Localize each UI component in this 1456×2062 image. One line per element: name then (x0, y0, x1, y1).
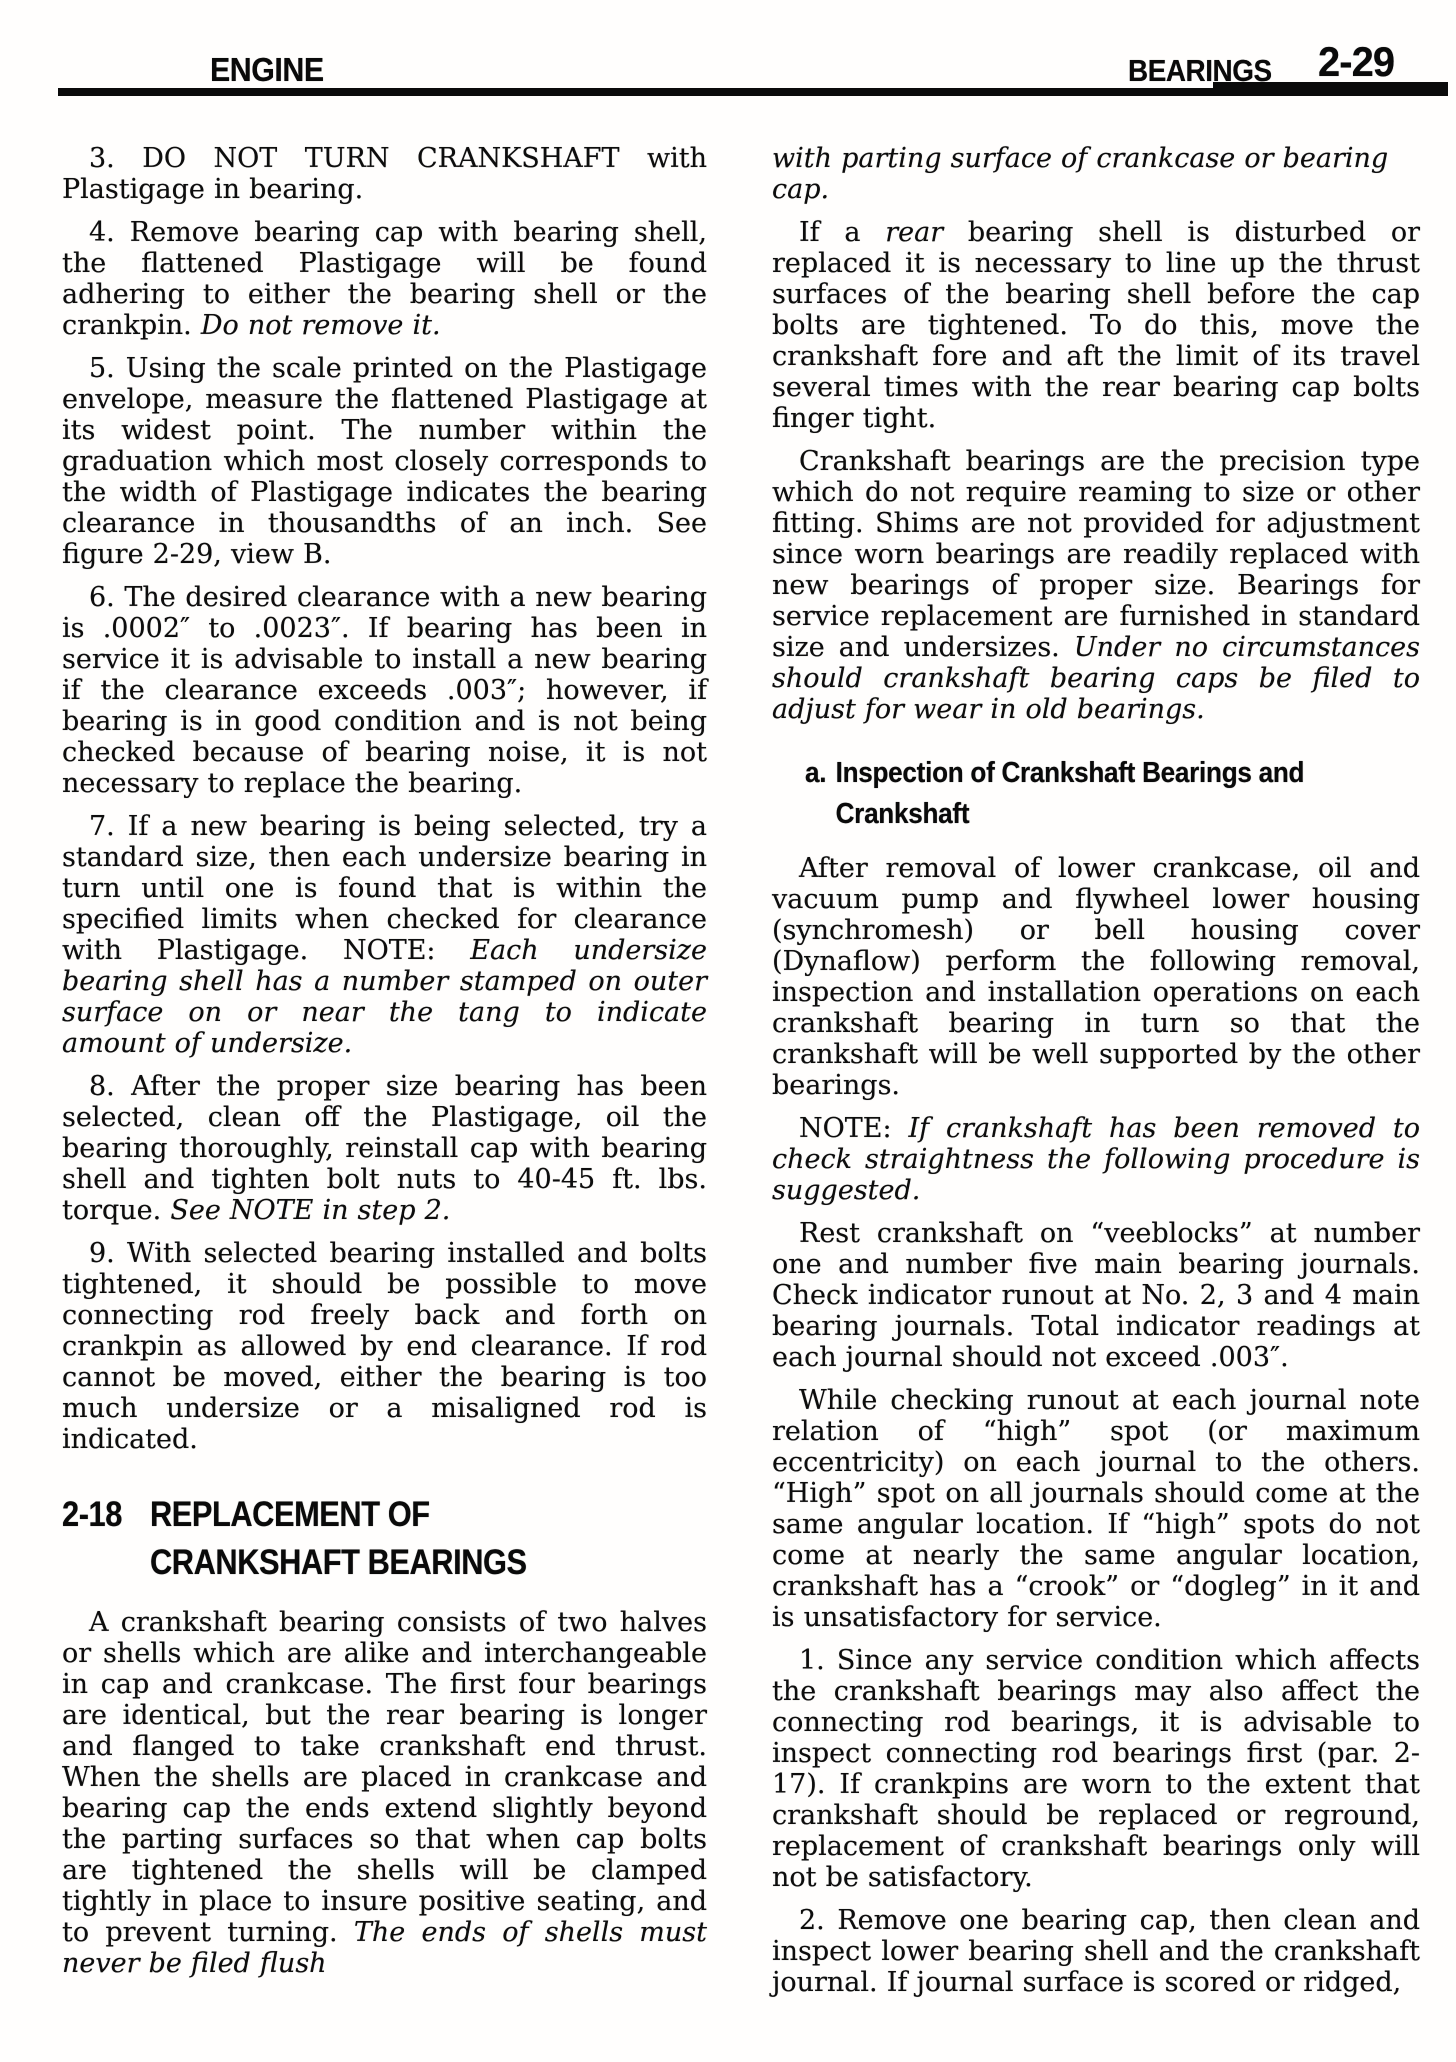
page-number: 2-29 (1318, 38, 1394, 86)
section-number: 2-18 (62, 1491, 150, 1539)
text-run: 9. With selected bearing installed and b… (62, 1238, 707, 1455)
step-9: 9. With selected bearing installed and b… (62, 1238, 707, 1455)
para-crankshaft-bearing-intro: A crankshaft bearing consists of two hal… (62, 1607, 707, 1979)
italic-text-run: with parting surface of crankcase or bea… (772, 143, 1388, 174)
text-run: 6. The desired clearance with a new bear… (62, 582, 707, 799)
italic-text-run: cap. (772, 174, 829, 205)
running-head-section: ENGINE (210, 51, 324, 89)
para-note-straightness: NOTE: If crankshaft has been removed to … (772, 1113, 1420, 1206)
header-rule (58, 88, 1448, 96)
text-run: 1. Since any service condition which aff… (772, 1645, 1420, 1893)
para-after-removal: After removal of lower crankcase, oil an… (772, 853, 1420, 1101)
text-run: 5. Using the scale printed on the Plasti… (62, 353, 707, 570)
right-column: with parting surface of crankcase or bea… (772, 143, 1420, 2010)
step-7: 7. If a new bearing is being selected, t… (62, 811, 707, 1059)
para-continuation-filed-flush: with parting surface of crankcase or bea… (772, 143, 1420, 205)
para-high-spot: While checking runout at each journal no… (772, 1385, 1420, 1633)
step-8: 8. After the proper size bearing has bee… (62, 1071, 707, 1226)
text-run: bearing shell is disturbed or replaced i… (772, 217, 1420, 434)
section-title: REPLACEMENT OF CRANKSHAFT BEARINGS (150, 1495, 527, 1582)
step-4: 4. Remove bearing cap with bearing shell… (62, 217, 707, 341)
text-run: 2. Remove one bearing cap, then clean an… (772, 1905, 1420, 1998)
step-6: 6. The desired clearance with a new bear… (62, 582, 707, 799)
para-veeblocks: Rest crankshaft on “veeblocks” at number… (772, 1218, 1420, 1373)
step-1-service-condition: 1. Since any service condition which aff… (772, 1645, 1420, 1893)
text-run: Rest crankshaft on “veeblocks” at number… (772, 1218, 1420, 1373)
text-run: NOTE: (799, 1113, 908, 1144)
step-3: 3. DO NOT TURN CRANKSHAFT with Plastigag… (62, 143, 707, 205)
text-run: Crankshaft bearings are the precision ty… (772, 446, 1420, 663)
left-column: 3. DO NOT TURN CRANKSHAFT with Plastigag… (62, 143, 707, 1991)
italic-text-run: See NOTE in step 2. (170, 1195, 450, 1226)
italic-text-run: Do not remove it. (201, 310, 441, 341)
italic-text-run: rear (885, 217, 943, 248)
text-run: If a (799, 217, 885, 248)
step-5: 5. Using the scale printed on the Plasti… (62, 353, 707, 570)
subsection-letter: a. (805, 753, 836, 794)
text-run: After removal of lower crankcase, oil an… (772, 853, 1420, 1101)
manual-page: ENGINE BEARINGS 2-29 3. DO NOT TURN CRAN… (0, 0, 1456, 2062)
text-run: While checking runout at each journal no… (772, 1385, 1420, 1633)
text-run: A crankshaft bearing consists of two hal… (62, 1607, 707, 1948)
subheading-a-inspection: a.Inspection of Crankshaft Bearings and … (805, 753, 1359, 835)
section-heading-2-18: 2-18REPLACEMENT OF CRANKSHAFT BEARINGS (62, 1491, 630, 1587)
para-rear-bearing-shell: If a rear bearing shell is disturbed or … (772, 217, 1420, 434)
text-run: 3. DO NOT TURN CRANKSHAFT with Plastigag… (62, 143, 707, 205)
subsection-title: Inspection of Crankshaft Bearings and Cr… (836, 757, 1305, 830)
para-precision-type: Crankshaft bearings are the precision ty… (772, 446, 1420, 725)
step-2-remove-bearing-cap: 2. Remove one bearing cap, then clean an… (772, 1905, 1420, 1998)
